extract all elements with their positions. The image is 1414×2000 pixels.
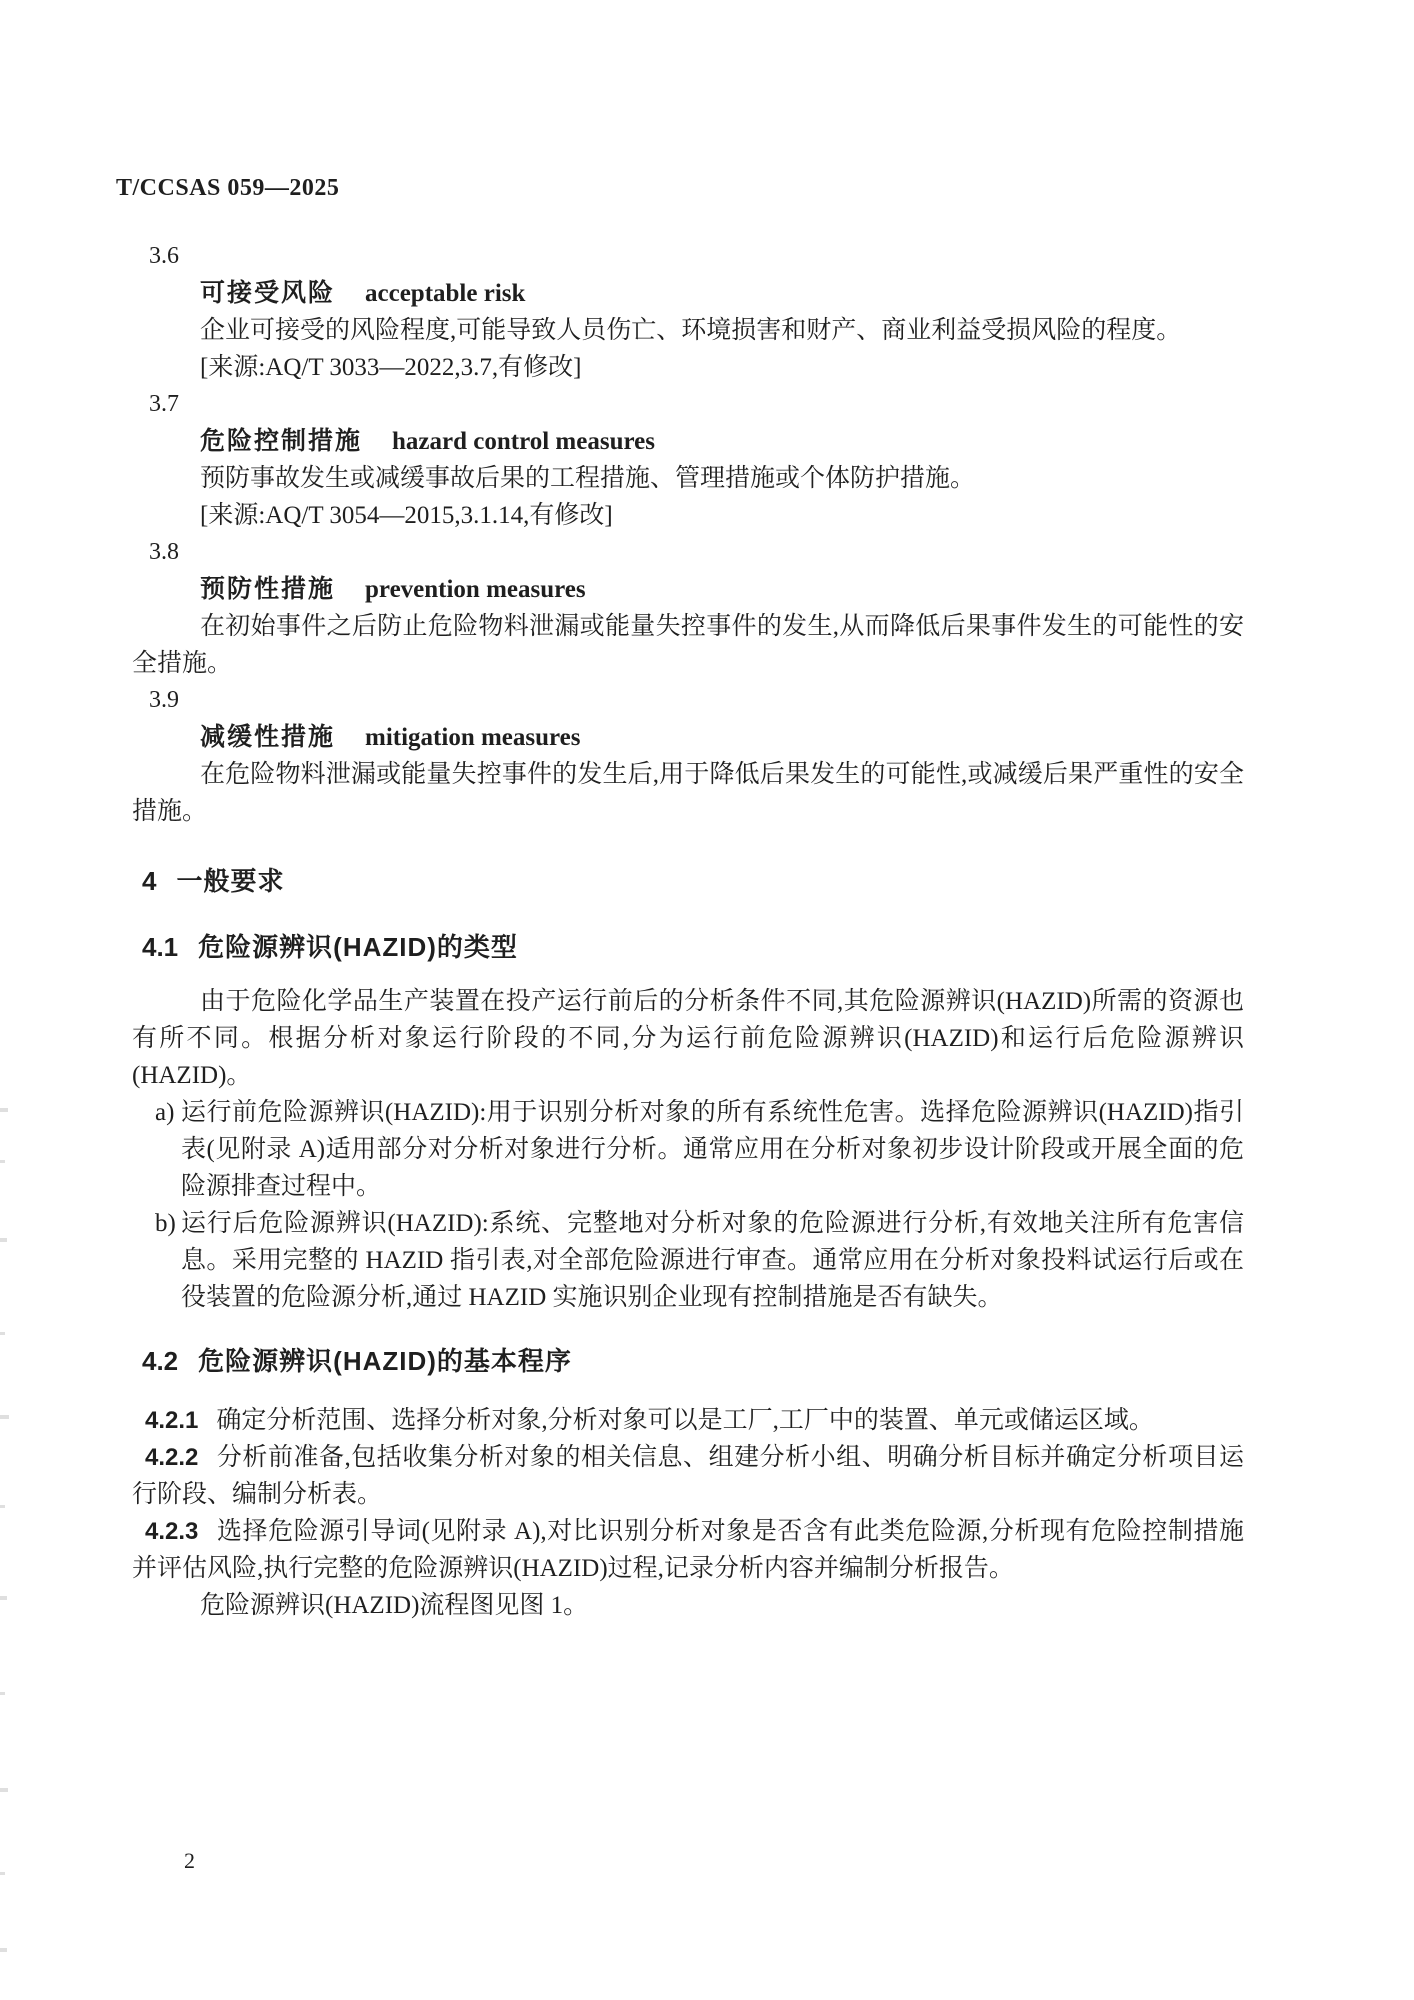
document-page: T/CCSAS 059—2025 3.6 可接受风险acceptable ris… — [0, 0, 1414, 2000]
term-block-3-6: 3.6 可接受风险acceptable risk 企业可接受的风险程度,可能导致… — [132, 238, 1244, 386]
term-en: mitigation measures — [365, 724, 581, 751]
term-number: 3.8 — [149, 534, 1244, 571]
closing-note: 危险源辨识(HAZID)流程图见图 1。 — [132, 1587, 1244, 1624]
clause-text: 分析前准备,包括收集分析对象的相关信息、组建分析小组、明确分析目标并确定分析项目… — [132, 1444, 1244, 1508]
term-en: hazard control measures — [392, 428, 655, 455]
term-definition: 在初始事件之后防止危险物料泄漏或能量失控事件的发生,从而降低后果事件发生的可能性… — [132, 608, 1244, 682]
term-title-line: 危险控制措施hazard control measures — [132, 423, 1244, 460]
term-zh: 危险控制措施 — [200, 427, 362, 455]
section-4-1-intro: 由于危险化学品生产装置在投产运行前后的分析条件不同,其危险源辨识(HAZID)所… — [132, 983, 1244, 1094]
term-title-line: 预防性措施prevention measures — [132, 571, 1244, 608]
section-heading-4: 4一般要求 — [142, 863, 1244, 900]
section-4-2-clauses: 4.2.1确定分析范围、选择分析对象,分析对象可以是工厂,工厂中的装置、单元或储… — [132, 1402, 1244, 1624]
page-number: 2 — [184, 1842, 195, 1879]
section-title: 危险源辨识(HAZID)的类型 — [198, 932, 518, 962]
clause-number: 4.2.2 — [145, 1444, 198, 1471]
term-definition: 在危险物料泄漏或能量失控事件的发生后,用于降低后果发生的可能性,或减缓后果严重性… — [132, 756, 1244, 830]
clause-4-2-3: 4.2.3选择危险源引导词(见附录 A),对比识别分析对象是否含有此类危险源,分… — [132, 1513, 1244, 1587]
term-en: prevention measures — [365, 576, 586, 603]
term-definition: 预防事故发生或减缓事故后果的工程措施、管理措施或个体防护措施。 — [132, 460, 1244, 497]
doc-code-header: T/CCSAS 059—2025 — [116, 170, 1244, 207]
term-number: 3.9 — [149, 682, 1244, 719]
list-item-a: a)运行前危险源辨识(HAZID):用于识别分析对象的所有系统性危害。选择危险源… — [132, 1094, 1244, 1205]
section-number: 4 — [142, 866, 156, 896]
term-en: acceptable risk — [365, 280, 525, 307]
section-heading-4-2: 4.2危险源辨识(HAZID)的基本程序 — [142, 1343, 1244, 1380]
section-title: 危险源辨识(HAZID)的基本程序 — [198, 1346, 572, 1376]
term-title-line: 减缓性措施mitigation measures — [132, 719, 1244, 756]
clause-number: 4.2.3 — [145, 1518, 198, 1545]
page-content: T/CCSAS 059—2025 3.6 可接受风险acceptable ris… — [132, 0, 1244, 1624]
section-heading-4-1: 4.1危险源辨识(HAZID)的类型 — [142, 929, 1244, 966]
term-number: 3.7 — [149, 386, 1244, 423]
clause-4-2-1: 4.2.1确定分析范围、选择分析对象,分析对象可以是工厂,工厂中的装置、单元或储… — [132, 1402, 1244, 1439]
list-text: 运行前危险源辨识(HAZID):用于识别分析对象的所有系统性危害。选择危险源辨识… — [181, 1099, 1244, 1200]
term-block-3-8: 3.8 预防性措施prevention measures 在初始事件之后防止危险… — [132, 534, 1244, 682]
list-text: 运行后危险源辨识(HAZID):系统、完整地对分析对象的危险源进行分析,有效地关… — [181, 1210, 1244, 1311]
term-source: [来源:AQ/T 3033—2022,3.7,有修改] — [132, 349, 1244, 386]
clause-text: 确定分析范围、选择分析对象,分析对象可以是工厂,工厂中的装置、单元或储运区域。 — [216, 1407, 1154, 1434]
clause-text: 选择危险源引导词(见附录 A),对比识别分析对象是否含有此类危险源,分析现有危险… — [132, 1518, 1244, 1582]
list-item-b: b)运行后危险源辨识(HAZID):系统、完整地对分析对象的危险源进行分析,有效… — [132, 1205, 1244, 1316]
term-zh: 减缓性措施 — [200, 723, 335, 751]
clause-4-2-2: 4.2.2分析前准备,包括收集分析对象的相关信息、组建分析小组、明确分析目标并确… — [132, 1439, 1244, 1513]
section-title: 一般要求 — [176, 866, 284, 896]
terms-section: 3.6 可接受风险acceptable risk 企业可接受的风险程度,可能导致… — [132, 238, 1244, 830]
term-block-3-7: 3.7 危险控制措施hazard control measures 预防事故发生… — [132, 386, 1244, 534]
term-title-line: 可接受风险acceptable risk — [132, 275, 1244, 312]
term-definition: 企业可接受的风险程度,可能导致人员伤亡、环境损害和财产、商业利益受损风险的程度。 — [132, 312, 1244, 349]
list-marker: a) — [155, 1094, 174, 1131]
term-number: 3.6 — [149, 238, 1244, 275]
section-number: 4.2 — [142, 1346, 178, 1376]
term-zh: 可接受风险 — [200, 279, 335, 307]
term-block-3-9: 3.9 减缓性措施mitigation measures 在危险物料泄漏或能量失… — [132, 682, 1244, 830]
clause-number: 4.2.1 — [145, 1407, 198, 1434]
section-number: 4.1 — [142, 932, 178, 962]
hazid-type-list: a)运行前危险源辨识(HAZID):用于识别分析对象的所有系统性危害。选择危险源… — [132, 1094, 1244, 1316]
term-source: [来源:AQ/T 3054—2015,3.1.14,有修改] — [132, 497, 1244, 534]
term-zh: 预防性措施 — [200, 575, 335, 603]
list-marker: b) — [155, 1205, 176, 1242]
